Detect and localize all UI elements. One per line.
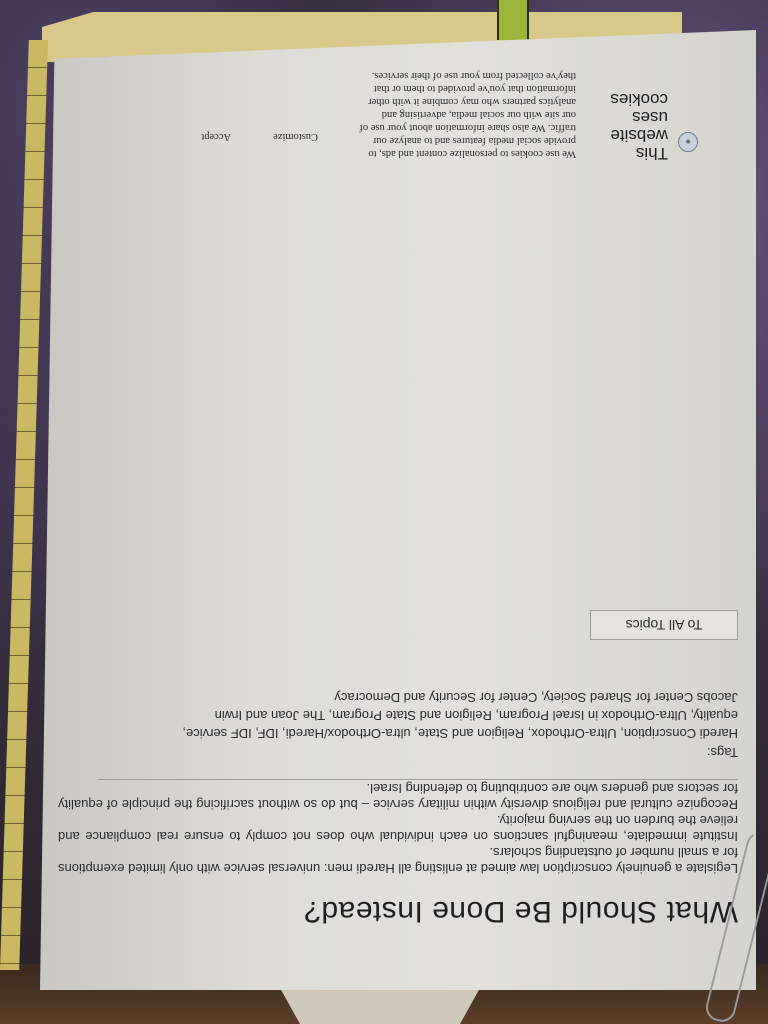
printed-page: What Should Be Done Instead? Legislate a… [52, 40, 756, 980]
pencil [497, 0, 529, 40]
paragraph: Legislate a genuinely conscription law a… [58, 844, 738, 876]
cookie-banner: ● This website uses cookies We use cooki… [98, 52, 698, 162]
cookie-icon: ● [678, 132, 698, 152]
article-body: Legislate a genuinely conscription law a… [58, 780, 738, 876]
cookie-description: We use cookies to personalize content an… [356, 69, 576, 160]
article-heading: What Should Be Done Instead? [304, 894, 738, 928]
paragraph: Recognize cultural and religious diversi… [58, 780, 738, 812]
label-tag [280, 988, 480, 1024]
cookie-actions: Customize Accept [161, 131, 318, 142]
customize-button[interactable]: Customize [273, 131, 318, 142]
accept-button[interactable]: Accept [201, 131, 231, 142]
tags-label: Tags: [707, 745, 738, 760]
cookie-title: This website uses cookies [588, 90, 668, 162]
all-topics-button[interactable]: To All Topics [590, 610, 738, 640]
paragraph: Institute immediate, meaningful sanction… [58, 812, 738, 844]
section-divider [98, 779, 738, 780]
tags-list[interactable]: Haredi Conscription, Ultra-Orthodox, Rel… [178, 688, 738, 742]
